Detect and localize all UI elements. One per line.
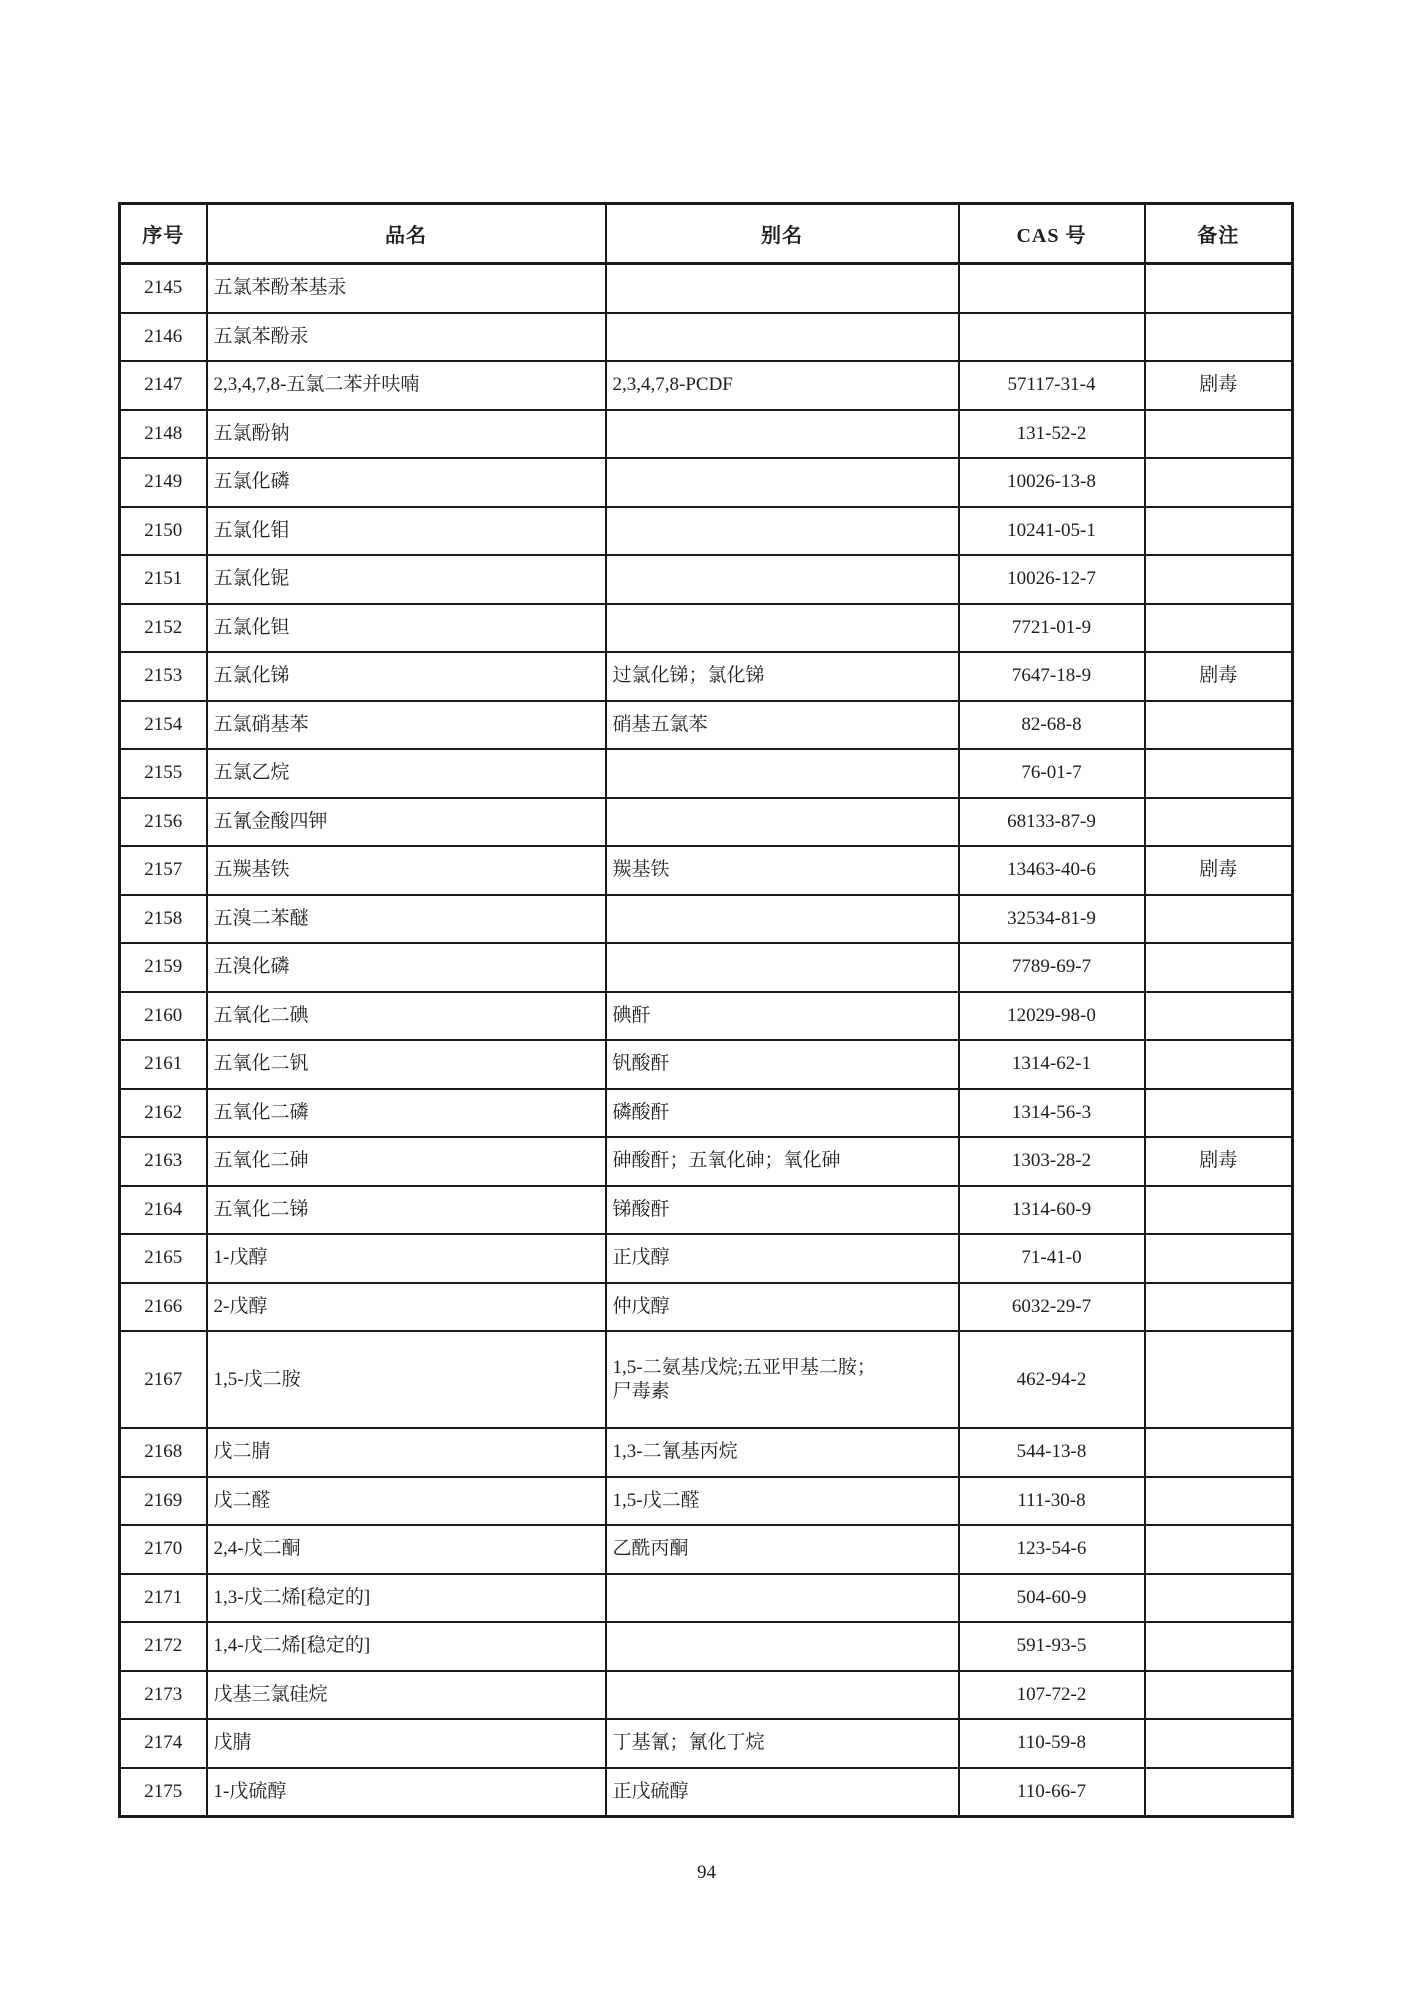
cell-alias: 碘酐 (606, 992, 959, 1041)
cell-cas: 10241-05-1 (959, 507, 1145, 556)
cell-cas: 7789-69-7 (959, 943, 1145, 992)
cell-alias: 锑酸酐 (606, 1186, 959, 1235)
cell-alias (606, 313, 959, 362)
table-row: 2158五溴二苯醚32534-81-9 (120, 895, 1293, 944)
cell-alias (606, 458, 959, 507)
cell-alias (606, 507, 959, 556)
cell-cas: 1314-56-3 (959, 1089, 1145, 1138)
table-row: 21721,4-戊二烯[稳定的]591-93-5 (120, 1622, 1293, 1671)
header-serial-number: 序号 (120, 204, 207, 264)
cell-name: 五羰基铁 (207, 846, 606, 895)
header-alias: 别名 (606, 204, 959, 264)
table-row: 2152五氯化钽7721-01-9 (120, 604, 1293, 653)
cell-no: 2169 (120, 1477, 207, 1526)
cell-cas: 10026-12-7 (959, 555, 1145, 604)
cell-cas: 7647-18-9 (959, 652, 1145, 701)
cell-name: 五氯酚钠 (207, 410, 606, 459)
table-row: 2148五氯酚钠131-52-2 (120, 410, 1293, 459)
table-row: 21662-戊醇仲戊醇6032-29-7 (120, 1283, 1293, 1332)
cell-alias (606, 749, 959, 798)
cell-cas: 82-68-8 (959, 701, 1145, 750)
cell-name: 1,4-戊二烯[稳定的] (207, 1622, 606, 1671)
cell-alias: 钒酸酐 (606, 1040, 959, 1089)
cell-cas: 57117-31-4 (959, 361, 1145, 410)
cell-no: 2161 (120, 1040, 207, 1089)
table-row: 2160五氧化二碘碘酐12029-98-0 (120, 992, 1293, 1041)
cell-remark (1145, 410, 1293, 459)
table-row: 2145五氯苯酚苯基汞 (120, 264, 1293, 313)
cell-no: 2170 (120, 1525, 207, 1574)
cell-remark (1145, 313, 1293, 362)
cell-remark (1145, 1040, 1293, 1089)
cell-alias: 仲戊醇 (606, 1283, 959, 1332)
cell-remark (1145, 555, 1293, 604)
cell-no: 2154 (120, 701, 207, 750)
cell-alias: 砷酸酐；五氧化砷；氧化砷 (606, 1137, 959, 1186)
cell-name: 2,4-戊二酮 (207, 1525, 606, 1574)
cell-remark (1145, 264, 1293, 313)
cell-alias: 羰基铁 (606, 846, 959, 895)
cell-remark (1145, 604, 1293, 653)
cell-cas: 13463-40-6 (959, 846, 1145, 895)
cell-name: 五氰金酸四钾 (207, 798, 606, 847)
cell-no: 2147 (120, 361, 207, 410)
cell-alias: 1,3-二氰基丙烷 (606, 1428, 959, 1477)
cell-remark (1145, 1089, 1293, 1138)
cell-alias: 1,5-二氨基戊烷;五亚甲基二胺； 尸毒素 (606, 1331, 959, 1428)
cell-remark (1145, 1477, 1293, 1526)
cell-cas: 7721-01-9 (959, 604, 1145, 653)
cell-remark (1145, 1574, 1293, 1623)
cell-remark (1145, 1525, 1293, 1574)
table-row: 21651-戊醇正戊醇71-41-0 (120, 1234, 1293, 1283)
cell-alias: 1,5-戊二醛 (606, 1477, 959, 1526)
cell-cas: 591-93-5 (959, 1622, 1145, 1671)
cell-remark (1145, 1622, 1293, 1671)
table-header-row: 序号 品名 别名 CAS 号 备注 (120, 204, 1293, 264)
cell-name: 1-戊硫醇 (207, 1768, 606, 1817)
cell-cas: 6032-29-7 (959, 1283, 1145, 1332)
cell-alias (606, 1574, 959, 1623)
cell-remark (1145, 1186, 1293, 1235)
document-page: 序号 品名 别名 CAS 号 备注 2145五氯苯酚苯基汞2146五氯苯酚汞21… (0, 0, 1413, 2000)
cell-no: 2152 (120, 604, 207, 653)
table-row: 21472,3,4,7,8-五氯二苯并呋喃2,3,4,7,8-PCDF57117… (120, 361, 1293, 410)
cell-alias (606, 798, 959, 847)
cell-no: 2172 (120, 1622, 207, 1671)
cell-name: 戊腈 (207, 1719, 606, 1768)
cell-alias: 正戊硫醇 (606, 1768, 959, 1817)
cell-remark: 剧毒 (1145, 652, 1293, 701)
cell-no: 2151 (120, 555, 207, 604)
cell-remark (1145, 1234, 1293, 1283)
cell-no: 2166 (120, 1283, 207, 1332)
cell-no: 2165 (120, 1234, 207, 1283)
table-row: 2164五氧化二锑锑酸酐1314-60-9 (120, 1186, 1293, 1235)
cell-cas: 123-54-6 (959, 1525, 1145, 1574)
table-row: 21711,3-戊二烯[稳定的]504-60-9 (120, 1574, 1293, 1623)
cell-no: 2145 (120, 264, 207, 313)
cell-name: 五溴化磷 (207, 943, 606, 992)
cell-remark (1145, 943, 1293, 992)
cell-name: 五氧化二磷 (207, 1089, 606, 1138)
cell-alias: 硝基五氯苯 (606, 701, 959, 750)
header-remark: 备注 (1145, 204, 1293, 264)
cell-alias: 正戊醇 (606, 1234, 959, 1283)
cell-cas: 68133-87-9 (959, 798, 1145, 847)
cell-no: 2171 (120, 1574, 207, 1623)
cell-cas: 32534-81-9 (959, 895, 1145, 944)
cell-no: 2153 (120, 652, 207, 701)
cell-cas: 107-72-2 (959, 1671, 1145, 1720)
table-row: 2155五氯乙烷76-01-7 (120, 749, 1293, 798)
cell-remark: 剧毒 (1145, 361, 1293, 410)
table-row: 2156五氰金酸四钾68133-87-9 (120, 798, 1293, 847)
header-product-name: 品名 (207, 204, 606, 264)
chemicals-table: 序号 品名 别名 CAS 号 备注 2145五氯苯酚苯基汞2146五氯苯酚汞21… (118, 202, 1294, 1818)
cell-no: 2162 (120, 1089, 207, 1138)
cell-remark (1145, 1428, 1293, 1477)
cell-cas: 110-59-8 (959, 1719, 1145, 1768)
cell-no: 2148 (120, 410, 207, 459)
cell-remark (1145, 1331, 1293, 1428)
cell-remark (1145, 1283, 1293, 1332)
cell-alias (606, 1622, 959, 1671)
cell-no: 2157 (120, 846, 207, 895)
cell-no: 2158 (120, 895, 207, 944)
table-row: 2163五氧化二砷砷酸酐；五氧化砷；氧化砷1303-28-2剧毒 (120, 1137, 1293, 1186)
cell-cas: 544-13-8 (959, 1428, 1145, 1477)
cell-name: 戊二醛 (207, 1477, 606, 1526)
cell-alias (606, 895, 959, 944)
cell-cas: 76-01-7 (959, 749, 1145, 798)
cell-name: 戊二腈 (207, 1428, 606, 1477)
cell-remark (1145, 798, 1293, 847)
cell-cas: 1314-62-1 (959, 1040, 1145, 1089)
cell-cas: 12029-98-0 (959, 992, 1145, 1041)
cell-remark (1145, 1768, 1293, 1817)
table-row: 2174戊腈丁基氰；氰化丁烷110-59-8 (120, 1719, 1293, 1768)
cell-name: 1-戊醇 (207, 1234, 606, 1283)
cell-alias (606, 604, 959, 653)
cell-name: 五氧化二钒 (207, 1040, 606, 1089)
table-row: 21671,5-戊二胺1,5-二氨基戊烷;五亚甲基二胺； 尸毒素462-94-2 (120, 1331, 1293, 1428)
cell-name: 戊基三氯硅烷 (207, 1671, 606, 1720)
cell-remark (1145, 458, 1293, 507)
cell-name: 五氯化锑 (207, 652, 606, 701)
cell-no: 2146 (120, 313, 207, 362)
cell-name: 五氯化钼 (207, 507, 606, 556)
cell-cas (959, 264, 1145, 313)
cell-cas: 504-60-9 (959, 1574, 1145, 1623)
cell-alias (606, 1671, 959, 1720)
cell-name: 五氧化二锑 (207, 1186, 606, 1235)
cell-alias (606, 264, 959, 313)
cell-remark (1145, 1671, 1293, 1720)
cell-no: 2156 (120, 798, 207, 847)
header-cas-number: CAS 号 (959, 204, 1145, 264)
cell-name: 1,5-戊二胺 (207, 1331, 606, 1428)
cell-no: 2174 (120, 1719, 207, 1768)
cell-name: 五溴二苯醚 (207, 895, 606, 944)
cell-alias (606, 410, 959, 459)
cell-cas: 462-94-2 (959, 1331, 1145, 1428)
cell-name: 1,3-戊二烯[稳定的] (207, 1574, 606, 1623)
cell-cas: 71-41-0 (959, 1234, 1145, 1283)
table-row: 2168戊二腈1,3-二氰基丙烷544-13-8 (120, 1428, 1293, 1477)
cell-cas: 10026-13-8 (959, 458, 1145, 507)
cell-name: 2-戊醇 (207, 1283, 606, 1332)
table-row: 2150五氯化钼10241-05-1 (120, 507, 1293, 556)
cell-cas: 131-52-2 (959, 410, 1145, 459)
cell-alias: 乙酰丙酮 (606, 1525, 959, 1574)
cell-remark (1145, 1719, 1293, 1768)
cell-alias (606, 555, 959, 604)
cell-name: 五氧化二碘 (207, 992, 606, 1041)
table-row: 2161五氧化二钒钒酸酐1314-62-1 (120, 1040, 1293, 1089)
cell-remark: 剧毒 (1145, 846, 1293, 895)
table-row: 2153五氯化锑过氯化锑；氯化锑7647-18-9剧毒 (120, 652, 1293, 701)
cell-name: 五氯苯酚汞 (207, 313, 606, 362)
cell-no: 2168 (120, 1428, 207, 1477)
table-row: 21751-戊硫醇正戊硫醇110-66-7 (120, 1768, 1293, 1817)
cell-name: 五氯化磷 (207, 458, 606, 507)
table-row: 2157五羰基铁羰基铁13463-40-6剧毒 (120, 846, 1293, 895)
cell-name: 五氯苯酚苯基汞 (207, 264, 606, 313)
cell-name: 五氧化二砷 (207, 1137, 606, 1186)
page-number: 94 (0, 1862, 1413, 1884)
cell-name: 五氯乙烷 (207, 749, 606, 798)
cell-remark (1145, 749, 1293, 798)
cell-cas (959, 313, 1145, 362)
cell-alias: 2,3,4,7,8-PCDF (606, 361, 959, 410)
table-row: 2173戊基三氯硅烷107-72-2 (120, 1671, 1293, 1720)
cell-no: 2173 (120, 1671, 207, 1720)
cell-alias: 磷酸酐 (606, 1089, 959, 1138)
cell-name: 五氯化钽 (207, 604, 606, 653)
cell-remark (1145, 507, 1293, 556)
cell-remark (1145, 992, 1293, 1041)
cell-no: 2150 (120, 507, 207, 556)
cell-name: 五氯化铌 (207, 555, 606, 604)
table-row: 2159五溴化磷7789-69-7 (120, 943, 1293, 992)
cell-cas: 1314-60-9 (959, 1186, 1145, 1235)
cell-remark: 剧毒 (1145, 1137, 1293, 1186)
cell-cas: 111-30-8 (959, 1477, 1145, 1526)
cell-remark (1145, 701, 1293, 750)
table-row: 2169戊二醛1,5-戊二醛111-30-8 (120, 1477, 1293, 1526)
cell-name: 2,3,4,7,8-五氯二苯并呋喃 (207, 361, 606, 410)
cell-cas: 110-66-7 (959, 1768, 1145, 1817)
cell-alias: 过氯化锑；氯化锑 (606, 652, 959, 701)
table-row: 21702,4-戊二酮乙酰丙酮123-54-6 (120, 1525, 1293, 1574)
cell-no: 2160 (120, 992, 207, 1041)
cell-remark (1145, 895, 1293, 944)
cell-no: 2155 (120, 749, 207, 798)
table-row: 2154五氯硝基苯硝基五氯苯82-68-8 (120, 701, 1293, 750)
cell-no: 2167 (120, 1331, 207, 1428)
cell-alias: 丁基氰；氰化丁烷 (606, 1719, 959, 1768)
cell-no: 2149 (120, 458, 207, 507)
cell-no: 2164 (120, 1186, 207, 1235)
table-row: 2151五氯化铌10026-12-7 (120, 555, 1293, 604)
cell-alias (606, 943, 959, 992)
cell-no: 2163 (120, 1137, 207, 1186)
cell-no: 2175 (120, 1768, 207, 1817)
table-row: 2162五氧化二磷磷酸酐1314-56-3 (120, 1089, 1293, 1138)
cell-cas: 1303-28-2 (959, 1137, 1145, 1186)
cell-name: 五氯硝基苯 (207, 701, 606, 750)
table-row: 2149五氯化磷10026-13-8 (120, 458, 1293, 507)
cell-no: 2159 (120, 943, 207, 992)
table-row: 2146五氯苯酚汞 (120, 313, 1293, 362)
